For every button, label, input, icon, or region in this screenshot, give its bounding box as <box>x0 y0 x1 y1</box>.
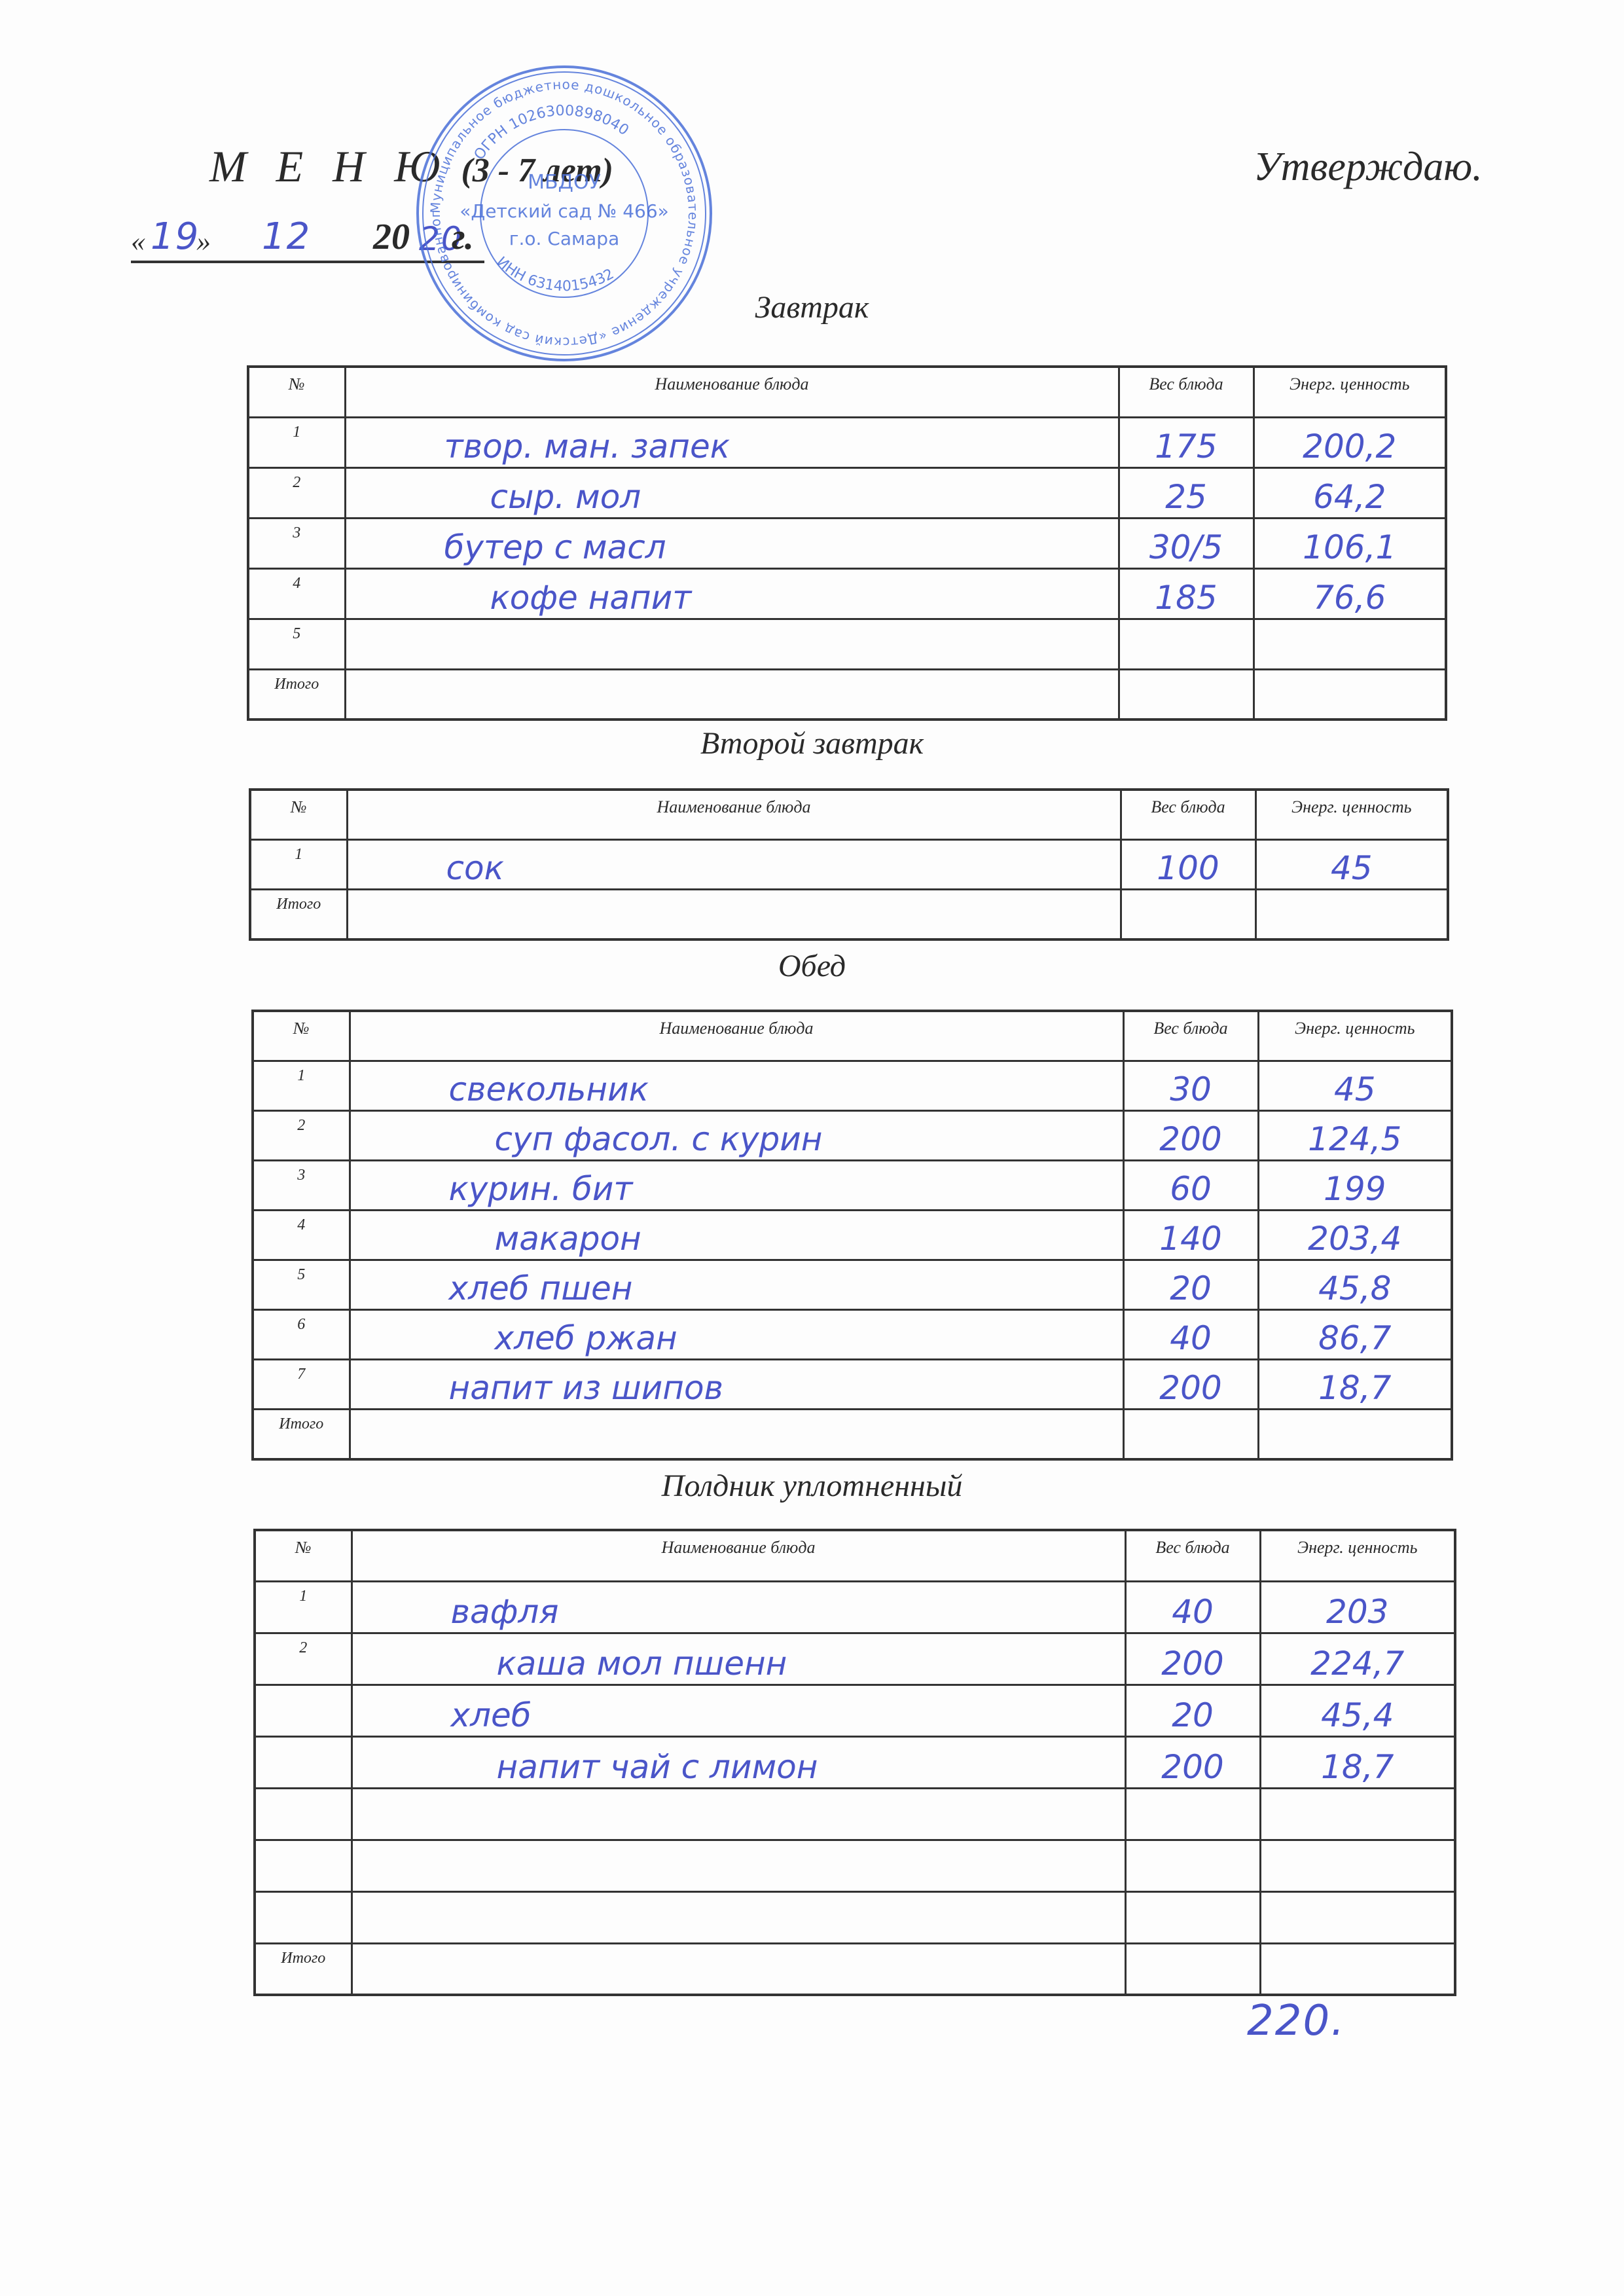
dish-weight: 200 <box>1127 1748 1259 1786</box>
dish-weight: 40 <box>1127 1593 1259 1631</box>
dish-weight-cell <box>1125 1891 1260 1943</box>
total-cell <box>1121 890 1255 939</box>
dish-weight-cell: 100 <box>1121 839 1255 889</box>
dish-name: хлеб пшен <box>351 1269 1123 1307</box>
dish-name: напит чай с лимон <box>353 1748 1125 1786</box>
dish-name: курин. бит <box>351 1170 1123 1208</box>
dish-name-cell: суп фасол. с курин <box>350 1110 1123 1160</box>
date-month: 12 <box>262 215 311 258</box>
column-header-weight: Вес блюда <box>1119 367 1254 417</box>
column-header-dish: Наименование блюда <box>347 790 1121 839</box>
dish-weight-cell <box>1125 1840 1260 1891</box>
dish-weight: 185 <box>1120 579 1253 617</box>
dish-name-cell: хлеб пшен <box>350 1260 1123 1310</box>
dish-name-cell: напит чай с лимон <box>352 1737 1125 1789</box>
column-header-dish: Наименование блюда <box>345 367 1119 417</box>
dish-weight-cell <box>1125 1788 1260 1840</box>
table-row <box>255 1788 1455 1840</box>
total-row: Итого <box>250 890 1448 939</box>
row-number <box>255 1891 352 1943</box>
table-row: 4макарон140203,4 <box>253 1210 1452 1260</box>
dish-energy: 199 <box>1259 1170 1451 1208</box>
dish-weight: 20 <box>1127 1696 1259 1734</box>
dish-energy: 106,1 <box>1255 528 1445 566</box>
date-quote-close: » <box>196 225 211 258</box>
row-number: 2 <box>255 1633 352 1685</box>
dish-energy: 45,8 <box>1259 1269 1451 1307</box>
dish-energy-cell: 224,7 <box>1260 1633 1455 1685</box>
row-number: 5 <box>253 1260 350 1310</box>
row-number <box>255 1788 352 1840</box>
table-row <box>255 1891 1455 1943</box>
column-header-dish: Наименование блюда <box>350 1011 1123 1061</box>
dish-weight: 200 <box>1125 1120 1257 1158</box>
dish-weight-cell: 140 <box>1123 1210 1258 1260</box>
dish-weight-cell: 30 <box>1123 1061 1258 1110</box>
dish-name-cell <box>352 1891 1125 1943</box>
row-number: 5 <box>248 619 345 669</box>
row-number <box>255 1685 352 1737</box>
dish-name-cell <box>352 1788 1125 1840</box>
row-number: 1 <box>248 417 345 467</box>
row-number: 1 <box>250 839 347 889</box>
stamp-center-3: г.о. Самара <box>509 228 619 249</box>
column-header-energy: Энерг. ценность <box>1255 790 1448 839</box>
row-number: 1 <box>255 1582 352 1633</box>
row-number: 2 <box>253 1110 350 1160</box>
dish-energy: 203,4 <box>1259 1220 1451 1258</box>
table-row: напит чай с лимон20018,7 <box>255 1737 1455 1789</box>
dish-name: бутер с масл <box>346 528 1118 566</box>
total-cell <box>345 669 1119 720</box>
column-header-num: № <box>248 367 345 417</box>
dish-name: свекольник <box>351 1070 1123 1108</box>
dish-energy: 18,7 <box>1259 1369 1451 1407</box>
dish-energy-cell <box>1260 1840 1455 1891</box>
svg-text:ИНН 6314015432: ИНН 6314015432 <box>493 254 617 295</box>
dish-name: сыр. мол <box>346 478 1118 516</box>
dish-name-cell: вафля <box>352 1582 1125 1633</box>
dish-energy-cell: 199 <box>1258 1160 1452 1210</box>
table-row: 5 <box>248 619 1446 669</box>
dish-name: хлеб <box>353 1696 1125 1734</box>
column-header-energy: Энерг. ценность <box>1258 1011 1452 1061</box>
row-number: 6 <box>253 1310 350 1360</box>
dish-energy-cell: 18,7 <box>1260 1737 1455 1789</box>
dish-weight: 40 <box>1125 1319 1257 1357</box>
dish-name: суп фасол. с курин <box>351 1120 1123 1158</box>
menu-table-0: №Наименование блюдаВес блюдаЭнерг. ценно… <box>247 365 1447 721</box>
dish-name: кофе напит <box>346 579 1118 617</box>
table-row: 7напит из шипов20018,7 <box>253 1360 1452 1410</box>
dish-energy-cell <box>1260 1891 1455 1943</box>
stamp-inn: ИНН 6314015432 <box>493 254 617 295</box>
total-cell <box>1119 669 1254 720</box>
dish-name-cell: макарон <box>350 1210 1123 1260</box>
dish-energy: 18,7 <box>1261 1748 1454 1786</box>
total-label: Итого <box>248 669 345 720</box>
column-header-num: № <box>250 790 347 839</box>
signature: 220. <box>1247 1997 1346 2045</box>
dish-name: вафля <box>353 1593 1125 1631</box>
dish-energy: 45 <box>1257 849 1447 887</box>
table-row: 2каша мол пшенн200224,7 <box>255 1633 1455 1685</box>
dish-weight-cell: 25 <box>1119 467 1254 518</box>
dish-energy-cell: 45 <box>1258 1061 1452 1110</box>
dish-weight: 175 <box>1120 428 1253 465</box>
dish-energy-cell <box>1260 1788 1455 1840</box>
column-header-dish: Наименование блюда <box>352 1530 1125 1582</box>
total-label: Итого <box>255 1943 352 1995</box>
dish-weight-cell: 40 <box>1123 1310 1258 1360</box>
table-row: 1твор. ман. запек175200,2 <box>248 417 1446 467</box>
dish-energy: 224,7 <box>1261 1645 1454 1683</box>
dish-energy-cell: 45,8 <box>1258 1260 1452 1310</box>
table-row: 2суп фасол. с курин200124,5 <box>253 1110 1452 1160</box>
dish-name-cell: бутер с масл <box>345 518 1119 568</box>
total-cell <box>1255 890 1448 939</box>
dish-energy-cell: 45,4 <box>1260 1685 1455 1737</box>
table-header: №Наименование блюдаВес блюдаЭнерг. ценно… <box>250 790 1448 839</box>
dish-weight-cell: 200 <box>1125 1737 1260 1789</box>
dish-name-cell: каша мол пшенн <box>352 1633 1125 1685</box>
dish-energy: 45,4 <box>1261 1696 1454 1734</box>
row-number <box>255 1840 352 1891</box>
dish-weight: 140 <box>1125 1220 1257 1258</box>
date-quote-open: « <box>131 225 145 258</box>
dish-weight-cell <box>1119 619 1254 669</box>
dish-name-cell: хлеб <box>352 1685 1125 1737</box>
dish-energy-cell: 76,6 <box>1254 568 1446 619</box>
table-row: 1свекольник3045 <box>253 1061 1452 1110</box>
dish-energy-cell: 86,7 <box>1258 1310 1452 1360</box>
total-row: Итого <box>253 1410 1452 1459</box>
dish-weight-cell: 200 <box>1123 1360 1258 1410</box>
dish-weight-cell: 40 <box>1125 1582 1260 1633</box>
dish-energy-cell: 106,1 <box>1254 518 1446 568</box>
dish-energy-cell: 203,4 <box>1258 1210 1452 1260</box>
row-number: 7 <box>253 1360 350 1410</box>
table-row: 5хлеб пшен2045,8 <box>253 1260 1452 1310</box>
table-header: №Наименование блюдаВес блюдаЭнерг. ценно… <box>253 1011 1452 1061</box>
row-number: 3 <box>253 1160 350 1210</box>
dish-weight: 200 <box>1127 1645 1259 1683</box>
dish-energy: 64,2 <box>1255 478 1445 516</box>
table-row: 1сок10045 <box>250 839 1448 889</box>
total-cell <box>350 1410 1123 1459</box>
section-title-breakfast: Завтрак <box>0 289 1624 325</box>
dish-weight-cell: 30/5 <box>1119 518 1254 568</box>
dish-name-cell: свекольник <box>350 1061 1123 1110</box>
dish-weight-cell: 200 <box>1125 1633 1260 1685</box>
table-row: 3бутер с масл30/5106,1 <box>248 518 1446 568</box>
table-row: 6хлеб ржан4086,7 <box>253 1310 1452 1360</box>
column-header-num: № <box>255 1530 352 1582</box>
table-header: №Наименование блюдаВес блюдаЭнерг. ценно… <box>248 367 1446 417</box>
dish-weight: 100 <box>1122 849 1255 887</box>
total-cell <box>1254 669 1446 720</box>
table-row <box>255 1840 1455 1891</box>
table-row: 1вафля40203 <box>255 1582 1455 1633</box>
table-header: №Наименование блюдаВес блюдаЭнерг. ценно… <box>255 1530 1455 1582</box>
row-number: 4 <box>248 568 345 619</box>
section-title-lunch: Обед <box>0 948 1624 984</box>
total-label: Итого <box>250 890 347 939</box>
menu-table-2: №Наименование блюдаВес блюдаЭнерг. ценно… <box>251 1010 1453 1461</box>
stamp-center-1: МБДОУ <box>528 171 601 194</box>
total-cell <box>347 890 1121 939</box>
dish-weight-cell: 185 <box>1119 568 1254 619</box>
dish-energy-cell: 124,5 <box>1258 1110 1452 1160</box>
dish-name: макарон <box>351 1220 1123 1258</box>
dish-energy: 124,5 <box>1259 1120 1451 1158</box>
dish-name-cell <box>352 1840 1125 1891</box>
dish-energy: 203 <box>1261 1593 1454 1631</box>
dish-name-cell: курин. бит <box>350 1160 1123 1210</box>
date-day: 19 <box>151 215 200 258</box>
table-row: 2сыр. мол2564,2 <box>248 467 1446 518</box>
dish-name-cell: кофе напит <box>345 568 1119 619</box>
dish-energy-cell <box>1254 619 1446 669</box>
dish-energy-cell: 45 <box>1255 839 1448 889</box>
total-cell <box>1123 1410 1258 1459</box>
total-cell <box>1260 1943 1455 1995</box>
dish-name-cell: сыр. мол <box>345 467 1119 518</box>
total-cell <box>352 1943 1125 1995</box>
column-header-energy: Энерг. ценность <box>1254 367 1446 417</box>
dish-energy: 45 <box>1259 1070 1451 1108</box>
row-number: 2 <box>248 467 345 518</box>
table-row: 3курин. бит60199 <box>253 1160 1452 1210</box>
dish-weight-cell: 60 <box>1123 1160 1258 1210</box>
dish-name-cell: сок <box>347 839 1121 889</box>
menu-table-1: №Наименование блюдаВес блюдаЭнерг. ценно… <box>249 788 1449 941</box>
dish-weight: 200 <box>1125 1369 1257 1407</box>
dish-weight: 60 <box>1125 1170 1257 1208</box>
dish-weight-cell: 20 <box>1123 1260 1258 1310</box>
dish-energy-cell: 200,2 <box>1254 417 1446 467</box>
table-row: 4кофе напит18576,6 <box>248 568 1446 619</box>
stamp-center-2: «Детский сад № 466» <box>460 200 669 222</box>
dish-name-cell: хлеб ржан <box>350 1310 1123 1360</box>
dish-energy-cell: 64,2 <box>1254 467 1446 518</box>
dish-weight-cell: 20 <box>1125 1685 1260 1737</box>
dish-energy-cell: 203 <box>1260 1582 1455 1633</box>
dish-name-cell: напит из шипов <box>350 1360 1123 1410</box>
menu-table-3: №Наименование блюдаВес блюдаЭнерг. ценно… <box>253 1529 1456 1996</box>
total-row: Итого <box>248 669 1446 720</box>
dish-weight: 20 <box>1125 1269 1257 1307</box>
column-header-weight: Вес блюда <box>1123 1011 1258 1061</box>
dish-energy-cell: 18,7 <box>1258 1360 1452 1410</box>
dish-name: твор. ман. запек <box>346 428 1118 465</box>
dish-energy: 76,6 <box>1255 579 1445 617</box>
total-cell <box>1125 1943 1260 1995</box>
total-label: Итого <box>253 1410 350 1459</box>
row-number: 4 <box>253 1210 350 1260</box>
column-header-energy: Энерг. ценность <box>1260 1530 1455 1582</box>
dish-name: сок <box>348 849 1120 887</box>
column-header-num: № <box>253 1011 350 1061</box>
dish-name-cell: твор. ман. запек <box>345 417 1119 467</box>
dish-name: каша мол пшенн <box>353 1645 1125 1683</box>
table-row: хлеб2045,4 <box>255 1685 1455 1737</box>
section-title-second-breakfast: Второй завтрак <box>0 725 1624 761</box>
row-number: 3 <box>248 518 345 568</box>
column-header-weight: Вес блюда <box>1121 790 1255 839</box>
dish-name-cell <box>345 619 1119 669</box>
section-title-snack: Полдник уплотненный <box>0 1468 1624 1504</box>
dish-weight-cell: 175 <box>1119 417 1254 467</box>
dish-weight: 30/5 <box>1120 528 1253 566</box>
dish-weight: 30 <box>1125 1070 1257 1108</box>
approve-label: Утверждаю. <box>1254 144 1483 191</box>
dish-name: хлеб ржан <box>351 1319 1123 1357</box>
row-number <box>255 1737 352 1789</box>
dish-weight-cell: 200 <box>1123 1110 1258 1160</box>
date-year-printed: 20 <box>373 216 410 258</box>
total-row: Итого <box>255 1943 1455 1995</box>
total-cell <box>1258 1410 1452 1459</box>
column-header-weight: Вес блюда <box>1125 1530 1260 1582</box>
dish-weight: 25 <box>1120 478 1253 516</box>
row-number: 1 <box>253 1061 350 1110</box>
dish-name: напит из шипов <box>351 1369 1123 1407</box>
dish-energy: 86,7 <box>1259 1319 1451 1357</box>
dish-energy: 200,2 <box>1255 428 1445 465</box>
